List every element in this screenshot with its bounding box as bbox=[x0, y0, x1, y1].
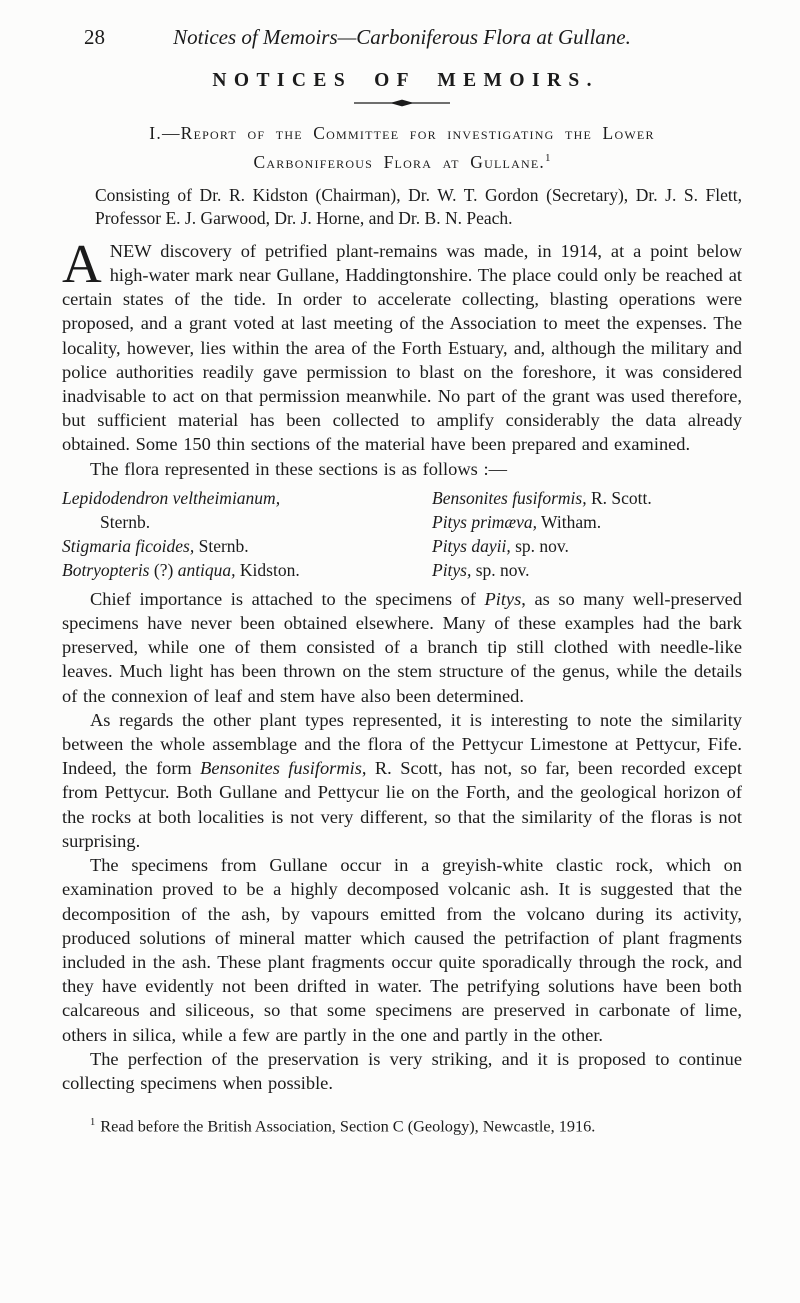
footnote-text: Read before the British Association, Sec… bbox=[100, 1117, 595, 1136]
body-paragraph-rock: The specimens from Gullane occur in a gr… bbox=[62, 853, 742, 1047]
body-paragraph-pettycur: As regards the other plant types represe… bbox=[62, 708, 742, 853]
page-header: 28 Notices of Memoirs—Carboniferous Flor… bbox=[62, 24, 742, 50]
article-title: I.—Report of the Committee for investiga… bbox=[62, 121, 742, 175]
opening-lead: NEW bbox=[110, 241, 152, 261]
footnote: 1Read before the British Association, Se… bbox=[62, 1112, 742, 1136]
species-entry: Pitys dayii, sp. nov. bbox=[432, 534, 742, 558]
committee-note: Consisting of Dr. R. Kidston (Chairman),… bbox=[95, 184, 742, 231]
body-paragraph-chief: Chief importance is attached to the spec… bbox=[62, 587, 742, 708]
journal-page: 28 Notices of Memoirs—Carboniferous Flor… bbox=[0, 0, 800, 1303]
footnote-marker: 1 bbox=[90, 1117, 95, 1128]
drop-cap: A bbox=[62, 239, 110, 287]
species-entry: Sternb. bbox=[62, 510, 432, 534]
species-column-left: Lepidodendron veltheimianum, Sternb. Sti… bbox=[62, 486, 432, 582]
body-paragraph-perfection: The perfection of the preservation is ve… bbox=[62, 1047, 742, 1095]
opening-paragraph: ANEW discovery of petrified plant-remain… bbox=[62, 239, 742, 457]
species-entry: Stigmaria ficoides, Sternb. bbox=[62, 534, 432, 558]
article-body: ANEW discovery of petrified plant-remain… bbox=[62, 239, 742, 1095]
footnote-ref: 1 bbox=[545, 152, 551, 164]
flora-intro-paragraph: The flora represented in these sections … bbox=[62, 457, 742, 481]
section-heading: NOTICES OF MEMOIRS. bbox=[62, 70, 742, 92]
species-entry: Bensonites fusiformis, R. Scott. bbox=[432, 486, 742, 510]
running-title: Notices of Memoirs—Carboniferous Flora a… bbox=[173, 25, 631, 49]
species-entry: Lepidodendron veltheimianum, bbox=[62, 486, 432, 510]
species-entry: Pitys primæva, Witham. bbox=[432, 510, 742, 534]
opening-text: discovery of petrified plant-remains was… bbox=[62, 241, 742, 455]
article-title-line2: Carboniferous Flora at Gullane. bbox=[253, 152, 545, 172]
species-entry: Pitys, sp. nov. bbox=[432, 558, 742, 582]
ornamental-rule-icon bbox=[62, 98, 742, 108]
page-number: 28 bbox=[84, 24, 105, 50]
species-column-right: Bensonites fusiformis, R. Scott. Pitys p… bbox=[432, 486, 742, 582]
species-entry: Botryopteris (?) antiqua, Kidston. bbox=[62, 558, 432, 582]
species-list: Lepidodendron veltheimianum, Sternb. Sti… bbox=[62, 486, 742, 582]
article-title-line1: I.—Report of the Committee for investiga… bbox=[149, 123, 654, 143]
